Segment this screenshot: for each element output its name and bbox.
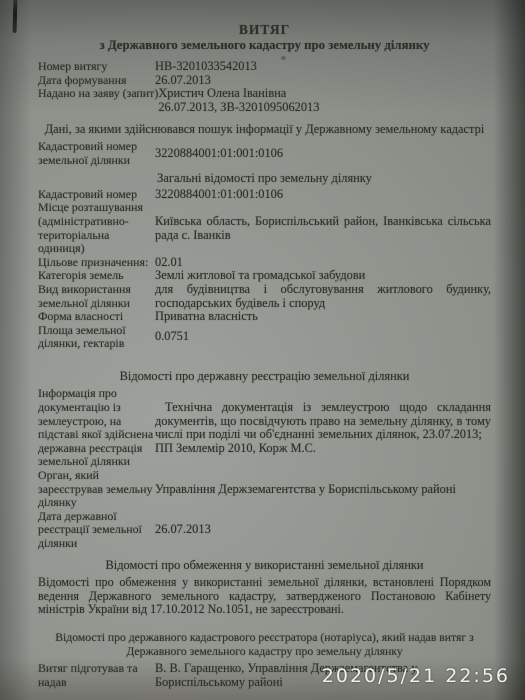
field-label: Інформація про документацію із землеустр… [38,387,155,469]
field-value: Управління Держземагентства у Бориспільс… [155,483,491,497]
section-heading-state-registration: Відомості про державну реєстрацію земель… [38,370,491,384]
field-row-registering-authority: Орган, який зареєстрував земельну ділянк… [38,469,491,510]
field-label: Категорія земель [38,269,155,283]
field-row-area-hectares: Площа земельної ділянки, гектарів 0.0751 [38,324,491,351]
field-label: Номер витягу [38,60,155,74]
field-value: 0.0751 [155,330,491,344]
field-label: Місце розташування (адміністративно-тери… [38,201,155,255]
field-value: Христич Олена Іванівна 26.07.2013, ЗВ-32… [158,87,491,114]
field-value: Приватна власність [155,310,491,324]
document-title: ВИТЯГ [38,22,491,37]
field-row-ownership-form: Форма власності Приватна власність [38,310,491,324]
general-info-rows: Кадастровий номер 3220884001:01:001:0106… [38,188,491,351]
field-label: Форма власності [38,310,155,324]
field-row-land-use-type: Вид використання земельної ділянки для б… [38,283,491,310]
field-row-formation-date: Дата формування 26.07.2013 [38,74,491,88]
section-heading-registrar: Відомості про державного кадастрового ре… [38,631,491,658]
field-label: Кадастровий номер земельної ділянки [38,140,155,167]
camera-timestamp: 2020/5/21 22:56 [322,665,510,687]
field-label: Дата формування [38,74,155,88]
field-value: 3220884001:01:001:0106 [155,188,491,202]
field-row-designated-purpose: Цільове призначення: 02.01 [38,256,491,270]
field-row-land-category: Категорія земель Землі житлової та грома… [38,269,491,283]
field-row-registration-date: Дата державної реєстрації земельної діля… [38,510,491,551]
field-value: 02.01 [155,256,491,270]
field-label: Площа земельної ділянки, гектарів [38,324,155,351]
field-label: Витяг підготував та надав [38,662,155,689]
field-row-cadastral-number-search: Кадастровий номер земельної ділянки 3220… [38,140,491,167]
document-subtitle: з Державного земельного кадастру про зем… [38,38,491,53]
field-value: 26.07.2013 [155,74,491,88]
field-label: Цільове призначення: [38,256,155,270]
field-label: Кадастровий номер [38,188,155,202]
field-value: 26.07.2013 [155,523,491,537]
restrictions-paragraph: Відомості про обмеження у використанні з… [38,576,491,617]
section-heading-general-info: Загальні відомості про земельну ділянку [38,172,491,186]
field-row-location: Місце розташування (адміністративно-тери… [38,201,491,255]
field-value: 3220884001:01:001:0106 [155,147,491,161]
field-label: Орган, який зареєстрував земельну ділянк… [38,469,155,510]
section-heading-search-data: Дані, за якими здійснювався пошук інформ… [38,123,491,137]
field-label: Надано на заяву (запит) [38,87,158,101]
field-value: Технічна документація із землеустрою щод… [155,401,491,455]
field-label: Вид використання земельної ділянки [38,283,155,310]
field-value: Київська область, Бориспільський район, … [155,215,491,242]
header-fields: Номер витягу НВ-3201033542013 Дата форму… [38,60,491,114]
field-value: НВ-3201033542013 [155,60,491,74]
field-value: для будівництва і обслуговування житлово… [155,283,491,310]
section-heading-restrictions: Відомості про обмеження у використанні з… [38,559,491,573]
field-value: Землі житлової та громадської забудови [155,269,491,283]
photographed-document: ВИТЯГ з Державного земельного кадастру п… [0,0,525,700]
registration-rows: Інформація про документацію із землеустр… [38,387,491,550]
field-row-issued-upon-request: Надано на заяву (запит) Христич Олена Ів… [38,87,491,114]
field-label: Дата державної реєстрації земельної діля… [38,510,155,551]
field-row-land-survey-documentation: Інформація про документацію із землеустр… [38,387,491,469]
field-row-cadastral-number: Кадастровий номер 3220884001:01:001:0106 [38,188,491,202]
field-row-extract-number: Номер витягу НВ-3201033542013 [38,60,491,74]
cadastre-extract-page: ВИТЯГ з Державного земельного кадастру п… [0,0,525,700]
